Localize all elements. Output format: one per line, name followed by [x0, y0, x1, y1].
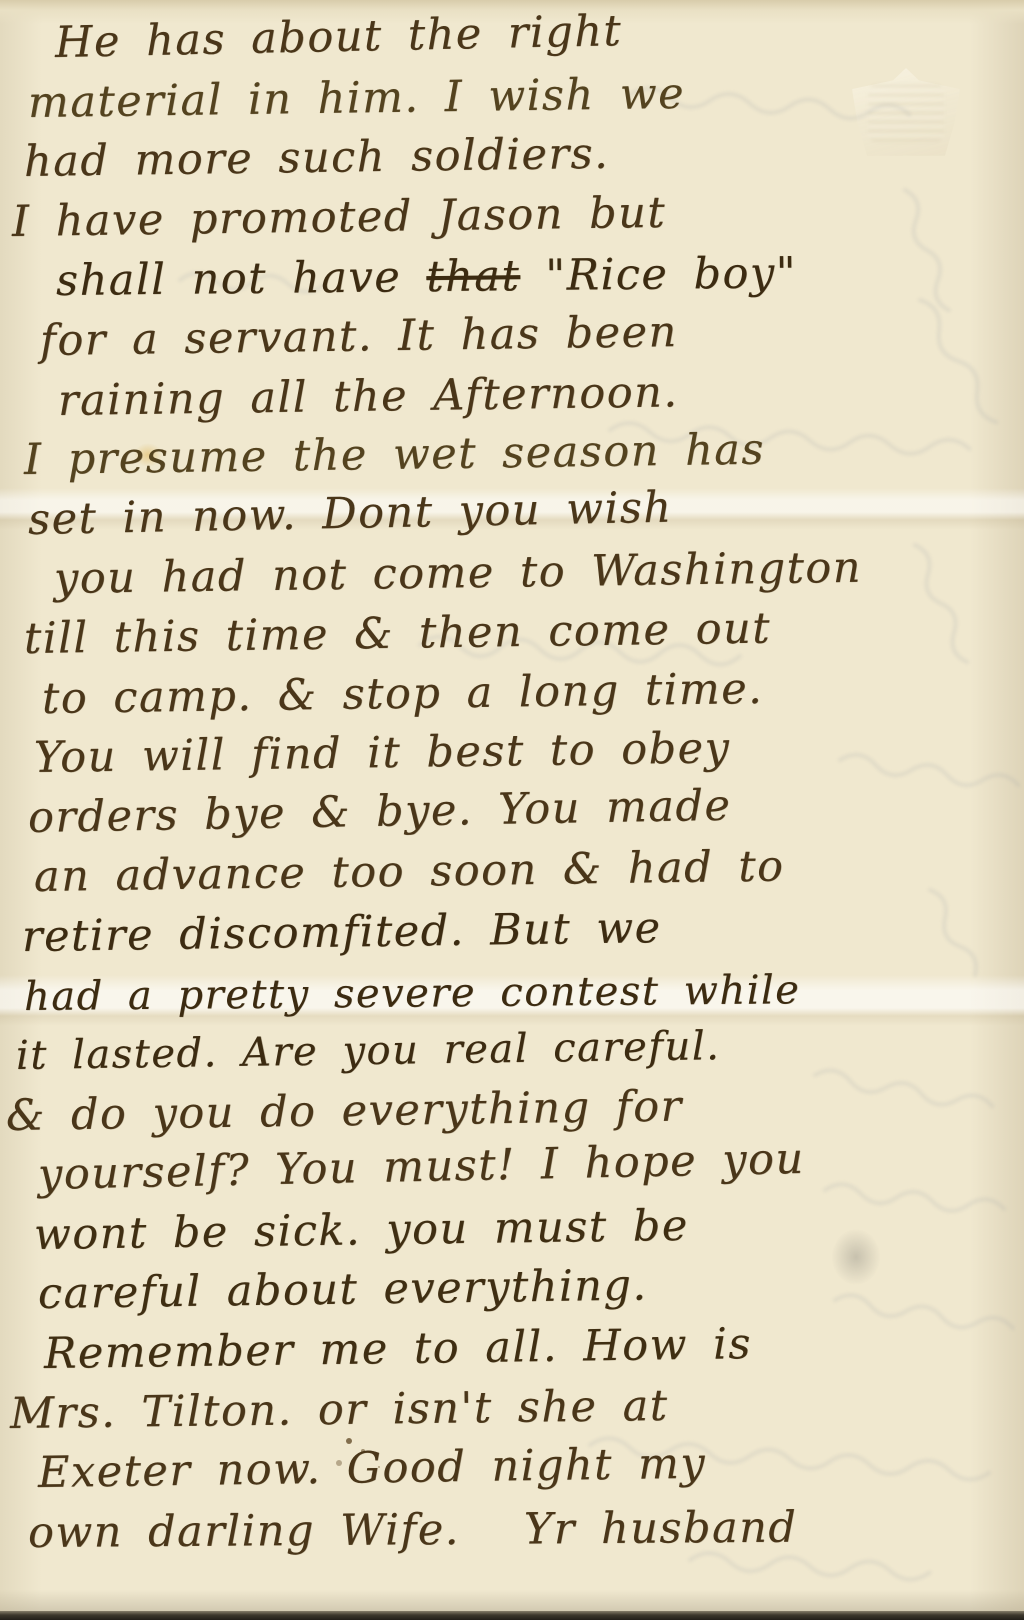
line-text: Remember me to all. How is — [44, 1319, 753, 1379]
signature-text: Yr husband — [524, 1502, 798, 1554]
letter-line: own darling Wife.Yr husband — [28, 1497, 1024, 1564]
line-text: retire discomfited. But we — [22, 903, 662, 962]
line-text: I have promoted Jason but — [12, 188, 667, 247]
line-text: careful about everything. — [38, 1261, 648, 1320]
line-text: orders bye & bye. You made — [28, 780, 732, 842]
letter-line: retire discomfited. But we — [22, 894, 1024, 968]
line-text: till this time & then come out — [24, 604, 772, 664]
scan-bottom-edge — [0, 1611, 1024, 1620]
line-text: shall not have — [56, 252, 427, 306]
line-text: had a pretty severe contest while — [24, 967, 801, 1020]
line-text: I presume the wet season has — [24, 425, 766, 485]
line-text: an advance too soon & had to — [34, 842, 785, 902]
line-text: to camp. & stop a long time. — [42, 663, 764, 723]
line-text: set in now. Dont you wish — [28, 482, 673, 544]
line-text: He has about the right — [54, 6, 622, 68]
line-text: Exeter now. Good night my — [38, 1439, 707, 1498]
letter-page: He has about the right material in him. … — [0, 0, 1024, 1620]
line-text: it lasted. Are you real careful. — [16, 1023, 721, 1079]
letter-body: He has about the right material in him. … — [0, 14, 1024, 1563]
line-text: You will find it best to obey — [34, 723, 731, 783]
line-text: material in him. I wish we — [28, 68, 686, 127]
line-text: own darling Wife. — [28, 1505, 460, 1558]
line-text: you had not come to Washington — [54, 543, 863, 604]
line-text: wont be sick. you must be — [34, 1201, 689, 1260]
line-text: for a servant. It has been — [40, 307, 678, 366]
letter-line: Exeter now. Good night my — [38, 1430, 1024, 1503]
line-text: raining all the Afternoon. — [58, 367, 679, 426]
line-text: had more such soldiers. — [24, 129, 610, 187]
line-text: Mrs. Tilton. or isn't she at — [10, 1381, 669, 1439]
line-text: yourself? You must! I hope you — [37, 1134, 805, 1200]
line-text: & do you do everything for — [6, 1081, 683, 1140]
line-text: "Rice boy" — [520, 249, 797, 302]
struck-word: that — [426, 252, 520, 303]
